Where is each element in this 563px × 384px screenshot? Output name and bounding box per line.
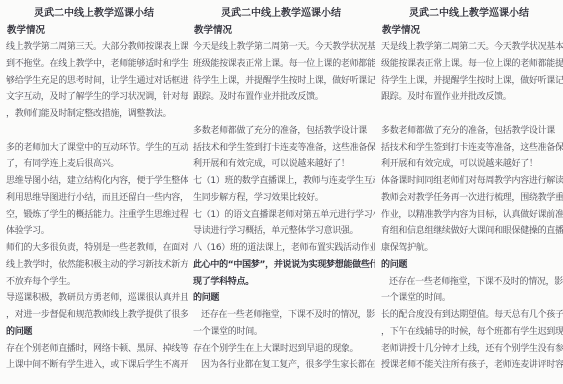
text-line: 存在个别老师直播时，网络卡顿、黑屏、掉线等 bbox=[0, 341, 188, 358]
text-line: 待学生上课，并提醒学生按时上课，做好听课记 bbox=[375, 73, 563, 90]
text-line bbox=[0, 123, 188, 140]
text-body: 线上教学第二周第三天。大部分教师按课表上课到不拖堂。在线上教学中，老师能够适时和… bbox=[0, 39, 188, 374]
text-line bbox=[187, 106, 375, 123]
text-line: ，下午在线辅导的时候，每个班都有学生迟到现 bbox=[375, 324, 563, 341]
text-line: 老师讲授十几分钟才上线，还有个别学生没有参 bbox=[375, 341, 563, 358]
page-title: 灵武二中线上教学巡课小结 bbox=[375, 6, 563, 21]
text-line: 够给学生充足的思考时间，让学生通过对话框进 bbox=[0, 73, 188, 90]
text-line: 跟踪。及时布置作业并批改反馈。 bbox=[187, 89, 375, 106]
text-line: 多数老师都做了充分的准备，包括教学设计课 bbox=[375, 123, 563, 140]
subheading-line: 此心中的“中国梦”，并说说为实现梦想能做些什 bbox=[187, 257, 375, 274]
subheading-line: 的问题 bbox=[375, 257, 563, 274]
text-line: 今天是线上教学第二周第一天。今天教学状况基本 bbox=[187, 39, 375, 56]
section-heading: 教学情况 bbox=[187, 23, 375, 38]
text-line: 导巡课积极，教研员方勇老师，巡课很认真并且 bbox=[0, 290, 188, 307]
text-line: 思维导图小结，建立结构化内容，便于学生整体 bbox=[0, 173, 188, 190]
text-line: 一个课堂的时间。 bbox=[375, 290, 563, 307]
text-line: ，对进一步督促和规范教师线上教学提供了很多 bbox=[0, 307, 188, 324]
subheading-line: 现了学科特点。 bbox=[187, 274, 375, 291]
text-line: 师们的大多很负责，特别是一些老教师，在面对 bbox=[0, 240, 188, 257]
text-line: 跟踪。及时布置作业并批改反馈。 bbox=[375, 89, 563, 106]
text-line: 括技术和学生签到打卡连麦等准备，这些准备保 bbox=[187, 140, 375, 157]
text-body: 今天是线上教学第二周第一天。今天教学状况基本班级能按课表正常上课。每一位上课的老… bbox=[187, 39, 375, 374]
text-line: ，教师们能及时制定整改措施，调整教法。 bbox=[0, 106, 188, 123]
text-line: 文字互动，及时了解学生的学习状况调，针对每 bbox=[0, 89, 188, 106]
section-heading: 教学情况 bbox=[375, 23, 563, 38]
text-line: 了，有同学连上麦后很高兴。 bbox=[0, 156, 188, 173]
text-line: 七（1）的语文直播课老师对第五单元进行学习小 bbox=[187, 207, 375, 224]
text-line: 天是线上教学第二周第二天。今天教学状况基本 bbox=[375, 39, 563, 56]
text-line: 体备课时间同组老师们对每周教学内容进行解读 bbox=[375, 173, 563, 190]
text-line: 一个课堂的时间。 bbox=[187, 324, 375, 341]
text-line: 待学生上课，并提醒学生按时上课，做好听课记 bbox=[187, 73, 375, 90]
text-line: 教师会对教学任务再一次进行梳理，围绕教学重 bbox=[375, 190, 563, 207]
text-line: 作业，以精准教学内容为目标，认真做好课前准备 bbox=[375, 207, 563, 224]
text-line: 不放弃每个学生。 bbox=[0, 274, 188, 291]
text-line: 多的老师加大了课堂中的互动环节。学生的互动 bbox=[0, 140, 188, 157]
text-line: 利开展和有效完成，可以说越来越好了！ bbox=[187, 156, 375, 173]
text-line: 体验学习。 bbox=[0, 223, 188, 240]
page-column-1: 灵武二中线上教学巡课小结 教学情况 线上教学第二周第三天。大部分教师按课表上课到… bbox=[0, 0, 188, 384]
page-title: 灵武二中线上教学巡课小结 bbox=[0, 6, 188, 21]
document-page: 灵武二中线上教学巡课小结 教学情况 线上教学第二周第三天。大部分教师按课表上课到… bbox=[0, 0, 563, 384]
text-line: 生同步解方程，学习效果比较好。 bbox=[187, 190, 375, 207]
text-line bbox=[375, 106, 563, 123]
section-heading: 教学情况 bbox=[0, 23, 188, 38]
text-line: 长的配合度没有到达期望值。每天总有几个孩子 bbox=[375, 307, 563, 324]
text-line: 还存在一些老师拖堂，下课不及时的情况，影响 bbox=[187, 307, 375, 324]
text-line: 级能按课表正常上课。每一位上课的老师都能提 bbox=[375, 56, 563, 73]
text-line: 还存在一些老师拖堂，下课不及时的情况，影响 bbox=[375, 274, 563, 291]
text-line: 多数老师都做了充分的准备，包括教学设计课 bbox=[187, 123, 375, 140]
text-line: 康保驾护航。 bbox=[375, 240, 563, 257]
text-line: 空，锻炼了学生的概括能力。注重学生思维过程 bbox=[0, 207, 188, 224]
page-column-2: 灵武二中线上教学巡课小结 教学情况 今天是线上教学第二周第一天。今天教学状况基本… bbox=[187, 0, 375, 384]
text-line: 存在个别学生在上大课时迟到早退的现象。 bbox=[187, 341, 375, 358]
subheading-line: 的问题 bbox=[187, 290, 375, 307]
text-body: 天是线上教学第二周第二天。今天教学状况基本级能按课表正常上课。每一位上课的老师都… bbox=[375, 39, 563, 374]
text-line: 括技术和学生签到打卡连麦等准备，这些准备保 bbox=[375, 140, 563, 157]
text-line: 八（16）班的道法课上，老师布置实践活动作业： bbox=[187, 240, 375, 257]
text-line: 利开展和有效完成，可以说越来越好了！ bbox=[375, 156, 563, 173]
text-line: 线上教学时，依然能积极主动的学习新技术新方 bbox=[0, 257, 188, 274]
page-column-3: 灵武二中线上教学巡课小结 教学情况 天是线上教学第二周第二天。今天教学状况基本级… bbox=[375, 0, 563, 384]
text-line: 班级能按课表正常上课。每一位上课的老师都能提 bbox=[187, 56, 375, 73]
subheading-line: 的问题 bbox=[0, 324, 188, 341]
text-line: 因为各行业都在复工复产，很多学生家长都在上 bbox=[187, 357, 375, 374]
text-line: 利用思维导图进行小结，而且还留白一些内容， bbox=[0, 190, 188, 207]
page-title: 灵武二中线上教学巡课小结 bbox=[187, 6, 375, 21]
text-line: 授课老师不能关注所有孩子，老师连麦讲评时容 bbox=[375, 357, 563, 374]
text-line: 育组和信息组继续做好大课间和眼保健操的直播 bbox=[375, 223, 563, 240]
text-line: 到不拖堂。在线上教学中，老师能够适时和学生 bbox=[0, 56, 188, 73]
text-line: 七（1）班的数学直播课上，教师与连麦学生互动 bbox=[187, 173, 375, 190]
text-line: 线上教学第二周第三天。大部分教师按课表上课 bbox=[0, 39, 188, 56]
text-line: 导读进行学习概括，单元整体学习意识强。 bbox=[187, 223, 375, 240]
text-line: 上课中间不断有学生进入，或下课后学生不离开 bbox=[0, 357, 188, 374]
